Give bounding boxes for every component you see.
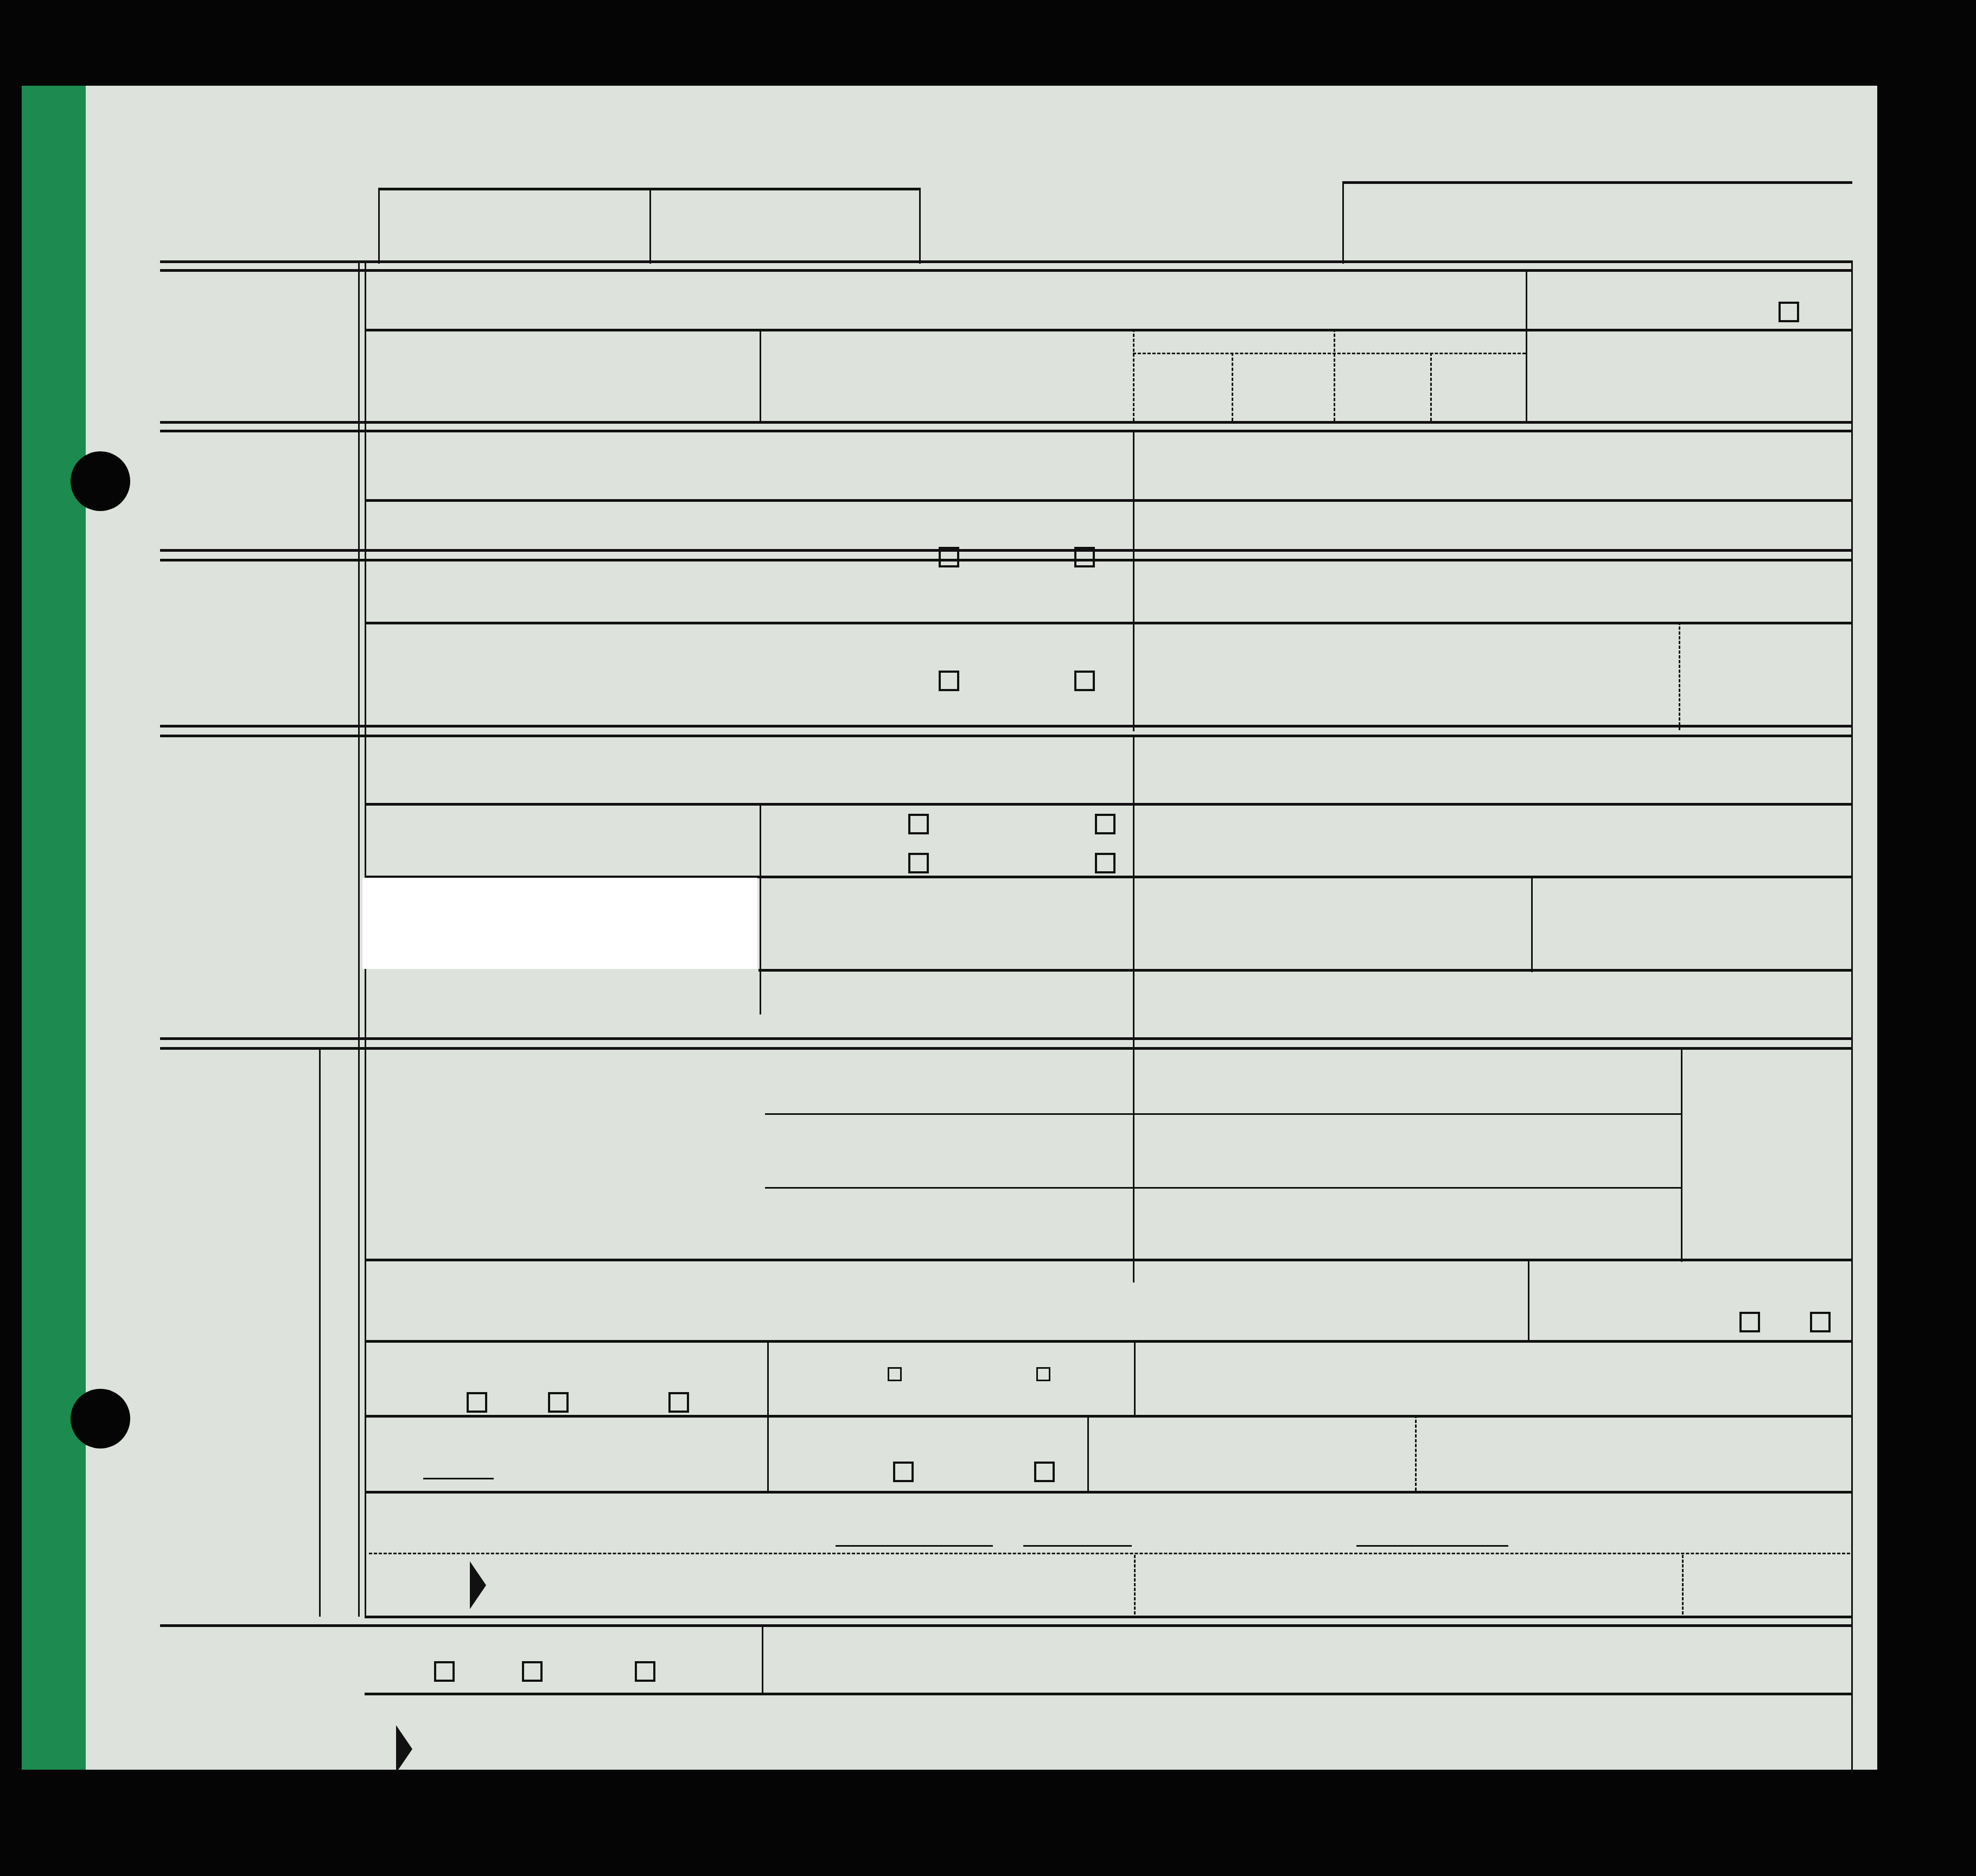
divider [1134, 1555, 1136, 1615]
divider [1133, 735, 1134, 1282]
never-married-checkbox[interactable] [1095, 814, 1116, 834]
divider [1232, 353, 1233, 421]
funeral-signature-arrow-icon [396, 1725, 412, 1773]
burial-checkbox[interactable] [434, 1661, 455, 1682]
residence-inside-no-checkbox[interactable] [1074, 671, 1095, 691]
divider [758, 969, 1851, 972]
divider [1133, 559, 1134, 731]
divider [319, 1047, 321, 1617]
divider [649, 188, 651, 264]
married-checkbox[interactable] [908, 814, 929, 834]
divider [1679, 622, 1680, 730]
divider [160, 1047, 1853, 1050]
divider [1087, 1415, 1089, 1491]
divider [1342, 181, 1344, 264]
widowed-checkbox[interactable] [908, 853, 929, 873]
autopsy-no-checkbox[interactable] [1810, 1312, 1831, 1332]
divider [365, 1491, 1851, 1494]
autopsy-yes-checkbox[interactable] [1739, 1312, 1760, 1332]
female-checkbox[interactable] [1779, 302, 1799, 322]
divider [160, 269, 1853, 272]
divider [365, 329, 1851, 331]
divider [760, 803, 761, 1014]
divider [160, 430, 1853, 432]
residence-inside-yes-checkbox[interactable] [939, 671, 959, 691]
certificate-paper [22, 86, 1877, 1770]
pregnancy-yes-checkbox[interactable] [467, 1392, 487, 1413]
divider [160, 735, 1853, 737]
while-at-work-checkbox[interactable] [893, 1462, 914, 1482]
punch-hole-top [71, 451, 130, 511]
divider [160, 549, 1853, 552]
divider [1851, 260, 1853, 1774]
divider [1342, 181, 1852, 184]
divider [760, 329, 761, 421]
divider [765, 1187, 1682, 1189]
signature-arrow-icon [470, 1561, 486, 1609]
not-while-at-work-checkbox[interactable] [1034, 1462, 1055, 1482]
divider [369, 1553, 1850, 1554]
divider [365, 1340, 1851, 1343]
divider [1134, 1340, 1136, 1416]
divider [365, 622, 1851, 624]
divider [365, 803, 1851, 806]
male-checkbox[interactable] [1670, 302, 1691, 322]
divider [358, 260, 360, 1617]
divider [1023, 1545, 1132, 1547]
green-binding-strip [22, 86, 86, 1770]
divider [1682, 1555, 1684, 1615]
divider [1356, 1545, 1508, 1547]
divorced-checkbox[interactable] [1095, 853, 1116, 873]
divider [762, 1624, 763, 1695]
divider [1528, 1259, 1529, 1340]
contributing-checkbox[interactable] [1036, 1367, 1050, 1381]
divider [765, 1113, 1682, 1115]
divider [365, 1259, 1851, 1261]
divider [1430, 353, 1432, 421]
primary-checkbox[interactable] [888, 1367, 902, 1381]
divider [365, 499, 1851, 502]
divider [160, 725, 1853, 728]
divider [1415, 1415, 1417, 1491]
divider [423, 1478, 494, 1479]
pregnancy-unknown-checkbox[interactable] [668, 1392, 689, 1413]
divider [160, 1037, 1853, 1040]
divider [1133, 353, 1526, 354]
divider [365, 1415, 1851, 1418]
divider [365, 1693, 1851, 1695]
divider [836, 1545, 993, 1547]
divider [1334, 329, 1335, 421]
redacted-field-19 [362, 878, 757, 969]
divider [160, 559, 1853, 561]
divider [160, 260, 1853, 263]
divider [160, 421, 1853, 424]
punch-hole-bottom [71, 1389, 130, 1449]
divider [1531, 876, 1533, 972]
divider [365, 1616, 1851, 1618]
divider [160, 1624, 1853, 1627]
cremation-checkbox[interactable] [635, 1661, 655, 1682]
divider [1681, 1047, 1682, 1262]
divider [1526, 269, 1527, 421]
pregnancy-no-checkbox[interactable] [548, 1392, 569, 1413]
divider [919, 188, 921, 264]
divider [1133, 329, 1134, 421]
divider [378, 188, 380, 264]
removal-checkbox[interactable] [522, 1661, 543, 1682]
